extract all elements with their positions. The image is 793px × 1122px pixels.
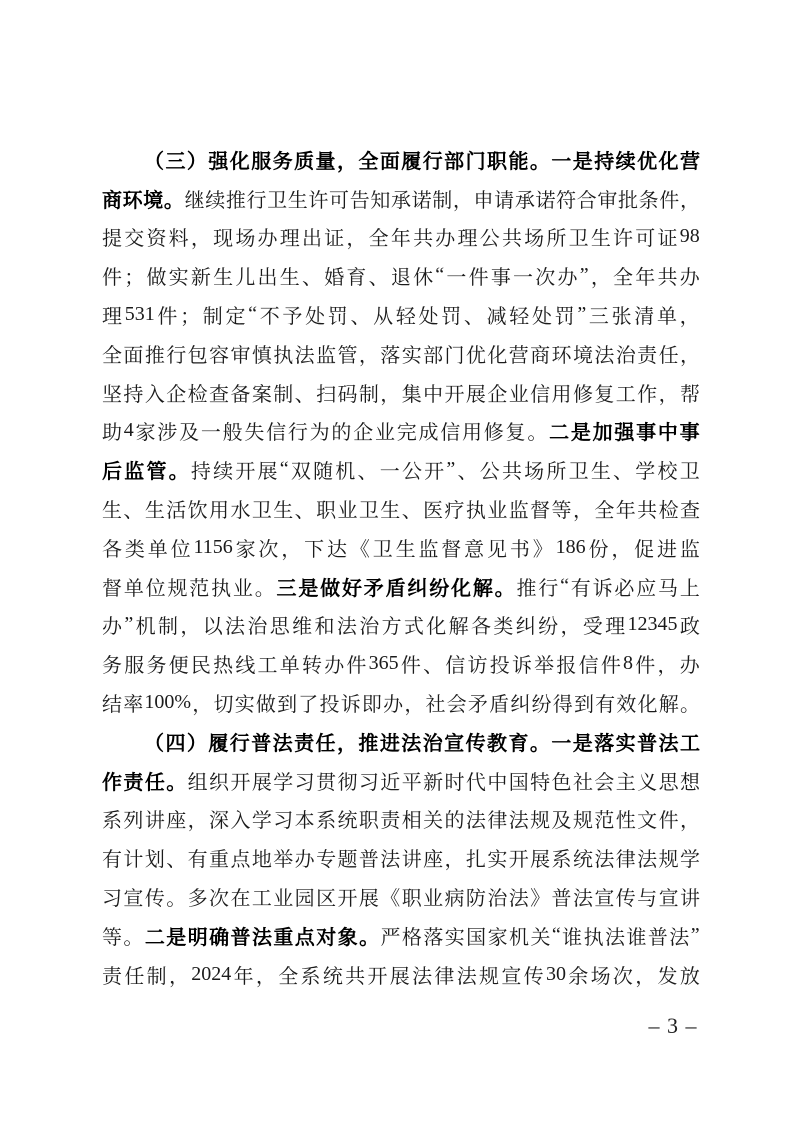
bold-text-token: 解: [473, 572, 493, 601]
text-token: 30: [546, 963, 566, 986]
text-token: 责: [380, 804, 400, 833]
bold-text-token: 对: [316, 921, 336, 950]
bold-text-token: 职: [487, 145, 507, 174]
text-token: 彻: [337, 766, 357, 795]
bold-text-token: 教: [487, 727, 507, 756]
text-token: 即: [362, 688, 382, 717]
bold-text-token: 。: [530, 727, 550, 756]
text-token: 门: [445, 339, 465, 368]
text-token: 业: [273, 882, 293, 911]
text-token: 件: [659, 184, 679, 213]
text-token: 理: [102, 300, 122, 329]
text-token: 卫: [373, 533, 393, 562]
text-token: 。: [527, 416, 547, 445]
bold-text-token: 环: [123, 184, 143, 213]
bold-text-token: 全: [358, 145, 378, 174]
text-token: 法: [466, 804, 486, 833]
text-token: 持: [191, 455, 211, 484]
text-token: 矛: [468, 688, 488, 717]
text-token: 规: [659, 843, 679, 872]
text-token: 开: [367, 960, 387, 989]
text-token: 、: [369, 261, 389, 290]
text-token: 报: [556, 649, 576, 678]
text-token: 实: [235, 688, 255, 717]
text-token: 谁: [562, 921, 582, 950]
text-token: 、: [358, 455, 378, 484]
text-token: 题: [337, 843, 357, 872]
text-token: 宣: [659, 882, 679, 911]
bold-text-token: 法: [659, 727, 679, 756]
text-token: 续: [205, 184, 225, 213]
text-line: 有计划、有重点地举办专题普法讲座，扎实开展系统法律法规学: [102, 838, 700, 877]
text-token: 文: [637, 804, 657, 833]
text-token: 业: [337, 494, 357, 523]
text-token: 一: [380, 455, 400, 484]
text-token: 4: [124, 419, 134, 442]
text-token: 查: [209, 378, 229, 407]
text-token: 部: [423, 339, 443, 368]
text-token: ，: [680, 300, 700, 329]
text-token: 不: [260, 300, 280, 329]
text-token: 生: [102, 494, 122, 523]
text-token: 列: [123, 804, 143, 833]
text-token: 展: [359, 882, 379, 911]
bold-text-token: 。: [166, 766, 186, 795]
text-token: 普: [359, 843, 379, 872]
bold-text-token: 纷: [429, 572, 449, 601]
text-line: 件；做实新生儿出生、婚育、退休“一件事一次办”，全年共办: [102, 256, 700, 295]
text-token: 休: [413, 261, 433, 290]
text-token: 统: [323, 960, 343, 989]
text-token: 化: [426, 610, 446, 639]
text-token: “: [280, 458, 289, 481]
text-token: 各: [471, 610, 491, 639]
text-token: 见: [487, 533, 507, 562]
text-token: 职: [402, 882, 422, 911]
text-token: 会: [594, 766, 614, 795]
text-token: 持: [123, 378, 143, 407]
text-token: 处: [305, 300, 325, 329]
bold-text-token: 点: [295, 921, 315, 950]
text-token: 任: [124, 960, 144, 989]
text-token: 执: [584, 921, 604, 950]
text-token: 平: [402, 766, 422, 795]
text-token: 件: [469, 261, 489, 290]
text-token: 单: [124, 572, 144, 601]
text-token: ”: [577, 303, 586, 326]
bold-text-token: 治: [423, 727, 443, 756]
text-line: 坚持入企检查备案制、扫码制，集中开展企业信用修复工作，帮: [102, 373, 700, 412]
text-token: ，: [281, 533, 301, 562]
text-token: ，: [191, 222, 211, 251]
bold-text-token: 管: [146, 455, 166, 484]
text-token: 年: [616, 494, 636, 523]
text-token: 扎: [466, 843, 486, 872]
text-token: 料: [169, 222, 189, 251]
text-token: 365: [369, 652, 399, 675]
text-token: 职: [359, 804, 379, 833]
text-token: 复: [506, 416, 526, 445]
text-token: 共: [502, 222, 522, 251]
text-token: 企: [487, 378, 507, 407]
text-token: 国: [466, 921, 486, 950]
text-token: 讲: [145, 804, 165, 833]
bold-text-token: 是: [298, 572, 318, 601]
text-token: 了: [298, 688, 318, 717]
text-token: 色: [552, 766, 572, 795]
text-token: 政: [680, 610, 700, 639]
text-token: 座: [166, 804, 186, 833]
bold-text-token: 明: [188, 921, 208, 950]
text-token: 责: [102, 960, 122, 989]
text-token: 生: [288, 184, 308, 213]
text-token: 特: [530, 766, 550, 795]
text-token: “: [552, 924, 561, 947]
text-token: 在: [230, 882, 250, 911]
text-token: 实: [402, 339, 422, 368]
text-token: 育: [346, 261, 366, 290]
text-token: 双: [291, 455, 311, 484]
text-token: 学: [252, 804, 272, 833]
text-token: 有: [595, 688, 615, 717]
bold-text-token: 育: [508, 727, 528, 756]
text-token: 申: [474, 184, 494, 213]
text-token: 、: [402, 494, 422, 523]
text-token: 入: [145, 378, 165, 407]
text-line: 结率100%，切实做到了投诉即办，社会矛盾纠纷得到有效化解。: [102, 683, 700, 722]
text-token: 法: [573, 882, 593, 911]
bold-text-token: 化: [659, 145, 679, 174]
text-token: ”: [691, 924, 700, 947]
text-token: 法: [380, 843, 400, 872]
text-token: 法: [669, 921, 689, 950]
text-token: 诉: [593, 572, 613, 601]
text-token: 理: [280, 222, 300, 251]
bold-text-token: 优: [637, 145, 657, 174]
text-line: 商环境。继续推行卫生许可告知承诺制，申请承诺符合审批条件，: [102, 179, 700, 218]
text-token: 助: [102, 416, 122, 445]
text-token: 用: [552, 378, 572, 407]
text-token: 专: [316, 843, 336, 872]
text-token: 承: [515, 184, 535, 213]
text-line: 各类单位1156家次，下达《卫生监督意见书》186份，促进监: [102, 528, 700, 567]
bold-text-token: 盾: [386, 572, 406, 601]
text-token: 业: [375, 416, 395, 445]
text-token: 可: [635, 222, 655, 251]
text-token: 98: [680, 225, 700, 248]
text-token: 座: [423, 843, 443, 872]
bold-text-token: 任: [145, 766, 165, 795]
text-line: 助4家涉及一般失信行为的企业完成信用修复。二是加强事中事: [102, 412, 700, 451]
text-token: 年: [234, 960, 254, 989]
text-token: 法: [295, 339, 315, 368]
text-token: 统: [573, 843, 593, 872]
text-token: 生: [380, 494, 400, 523]
text-token: 维: [292, 610, 312, 639]
text-token: 制: [203, 300, 223, 329]
text-token: 信: [445, 649, 465, 678]
text-token: 修: [573, 378, 593, 407]
text-token: 受: [583, 610, 603, 639]
text-token: 次: [209, 882, 229, 911]
text-token: 治: [359, 610, 379, 639]
text-token: 罚: [441, 300, 461, 329]
text-token: 符: [556, 184, 576, 213]
text-token: 各: [102, 533, 122, 562]
bold-text-token: ，: [337, 727, 357, 756]
text-token: 卫: [569, 455, 589, 484]
text-token: 《: [380, 882, 400, 911]
text-token: 管: [337, 339, 357, 368]
text-token: 全: [278, 960, 298, 989]
text-token: 法: [509, 882, 529, 911]
text-token: 活: [166, 494, 186, 523]
text-line: 责任制，2024年，全系统共开展法律法规宣传30余场次，发放: [102, 955, 700, 994]
text-token: 代: [466, 766, 486, 795]
text-token: 纠: [510, 688, 530, 717]
text-token: 化: [487, 339, 507, 368]
text-token: 义: [637, 766, 657, 795]
text-token: 时: [445, 766, 465, 795]
bold-text-token: 务: [273, 145, 293, 174]
text-token: 治: [247, 610, 267, 639]
text-token: 2024: [191, 963, 231, 986]
text-token: 法: [605, 921, 625, 950]
text-token: 监: [316, 339, 336, 368]
text-token: 执: [273, 339, 293, 368]
bold-text-token: 强: [614, 416, 634, 445]
bold-text-token: 是: [573, 145, 593, 174]
text-token: ，: [680, 804, 700, 833]
text-token: 行: [166, 339, 186, 368]
text-token: 社: [426, 688, 446, 717]
text-token: ，: [611, 533, 631, 562]
text-token: 业: [423, 882, 443, 911]
text-token: 规: [530, 804, 550, 833]
text-token: 业: [487, 494, 507, 523]
text-token: 医: [423, 494, 443, 523]
text-token: 理: [605, 610, 625, 639]
text-token: ”: [124, 613, 133, 636]
text-token: 事: [491, 261, 511, 290]
text-token: ，: [180, 610, 200, 639]
text-token: 扫: [316, 378, 336, 407]
text-token: 水: [230, 494, 250, 523]
text-token: ，: [560, 610, 580, 639]
text-token: 境: [573, 339, 593, 368]
text-token: 饮: [188, 494, 208, 523]
text-token: ，: [359, 339, 379, 368]
text-token: 从: [373, 300, 393, 329]
text-token: ”: [446, 458, 455, 481]
text-token: 共: [637, 494, 657, 523]
text-token: 监: [509, 494, 529, 523]
bold-text-token: 三: [165, 145, 185, 174]
text-token: 新: [423, 766, 443, 795]
text-token: 公: [402, 455, 422, 484]
text-token: ”: [580, 264, 589, 287]
text-token: 检: [659, 494, 679, 523]
bold-text-token: 是: [571, 416, 591, 445]
text-token: 、: [295, 494, 315, 523]
text-token: 促: [634, 533, 654, 562]
text-token: 公: [480, 455, 500, 484]
text-token: 办: [324, 649, 344, 678]
text-token: 家: [136, 416, 156, 445]
text-token: 》: [533, 533, 553, 562]
text-token: 相: [402, 804, 422, 833]
text-token: 有: [571, 572, 591, 601]
text-token: 盾: [489, 688, 509, 717]
text-token: 包: [188, 339, 208, 368]
text-token: 纠: [516, 610, 536, 639]
text-token: 传: [616, 882, 636, 911]
text-token: 批: [618, 184, 638, 213]
text-token: 继: [185, 184, 205, 213]
text-token: 件: [157, 300, 177, 329]
text-token: 般: [223, 416, 243, 445]
text-token: 。: [680, 688, 700, 717]
text-token: 做: [256, 688, 276, 717]
bold-text-token: （: [144, 727, 164, 756]
text-token: 场: [524, 222, 544, 251]
text-token: 办: [383, 688, 403, 717]
text-token: 园: [295, 882, 315, 911]
text-token: 作: [637, 378, 657, 407]
text-token: ，: [453, 184, 473, 213]
text-token: 律: [487, 804, 507, 833]
text-token: 学: [680, 843, 700, 872]
text-token: 全: [594, 494, 614, 523]
text-token: 和: [314, 610, 334, 639]
text-token: ，: [346, 222, 366, 251]
text-token: 督: [530, 494, 550, 523]
text-token: 宣: [501, 960, 521, 989]
text-token: ，: [445, 843, 465, 872]
bold-text-token: 作: [102, 766, 122, 795]
text-token: 法: [637, 843, 657, 872]
text-token: 请: [494, 184, 514, 213]
text-token: 件: [635, 649, 655, 678]
text-token: 推: [516, 572, 536, 601]
text-token: 用: [209, 494, 229, 523]
document-body: （三）强化服务质量，全面履行部门职能。一是持续优化营商环境。继续推行卫生许可告知…: [102, 140, 700, 994]
text-token: ，: [591, 261, 611, 290]
text-token: 机: [136, 610, 156, 639]
text-token: 信: [530, 378, 550, 407]
text-token: 共: [502, 455, 522, 484]
bold-text-token: 化: [230, 145, 250, 174]
text-token: 执: [466, 494, 486, 523]
text-token: 任: [659, 339, 679, 368]
bold-text-token: 工: [680, 727, 700, 756]
text-line: 等。二是明确普法重点对象。严格落实国家机关“谁执法谁普法”: [102, 916, 700, 955]
text-token: 举: [534, 649, 554, 678]
bold-text-token: 。: [169, 455, 189, 484]
text-token: 三: [589, 300, 609, 329]
text-token: 商: [530, 339, 550, 368]
text-token: 落: [423, 921, 443, 950]
text-token: 退: [391, 261, 411, 290]
text-token: 诺: [412, 184, 432, 213]
text-token: 开: [424, 455, 444, 484]
text-token: 区: [316, 882, 336, 911]
text-token: 投: [490, 649, 510, 678]
text-token: 531: [125, 303, 155, 326]
text-token: 格: [402, 921, 422, 950]
bold-text-token: 行: [423, 145, 443, 174]
text-token: 卫: [569, 222, 589, 251]
text-token: 计: [123, 843, 143, 872]
text-token: 机: [509, 921, 529, 950]
text-token: 以: [203, 610, 223, 639]
text-token: 系: [102, 804, 122, 833]
text-token: 码: [337, 378, 357, 407]
bold-text-token: 续: [616, 145, 636, 174]
text-token: 信: [440, 416, 460, 445]
text-token: 法: [457, 960, 477, 989]
text-token: 制: [158, 610, 178, 639]
text-token: 推: [145, 339, 165, 368]
text-token: 所: [546, 455, 566, 484]
text-token: 马: [658, 572, 678, 601]
text-token: 上: [680, 572, 700, 601]
text-token: 办: [258, 222, 278, 251]
text-token: 处: [532, 300, 552, 329]
bold-text-token: 事: [636, 416, 656, 445]
bold-text-token: 纠: [407, 572, 427, 601]
text-token: 位: [171, 533, 191, 562]
bold-text-token: 法: [252, 921, 272, 950]
bold-text-token: ）: [187, 145, 207, 174]
text-token: “: [560, 575, 569, 598]
text-token: 件: [102, 261, 122, 290]
text-token: 制: [359, 378, 379, 407]
text-token: 展: [466, 378, 486, 407]
text-token: 校: [657, 455, 677, 484]
text-token: 场: [591, 960, 611, 989]
text-token: 律: [434, 960, 454, 989]
text-token: 点: [230, 843, 250, 872]
text-line: （四）履行普法责任，推进法治宣传教育。一是落实普法工: [102, 722, 700, 761]
text-token: 证: [324, 222, 344, 251]
text-token: 类: [125, 533, 145, 562]
text-token: 监: [418, 533, 438, 562]
text-token: 减: [487, 300, 507, 329]
text-token: 集: [402, 378, 422, 407]
text-token: 续: [213, 455, 233, 484]
text-token: 应: [636, 572, 656, 601]
text-token: 定: [225, 300, 245, 329]
text-token: 全: [613, 261, 633, 290]
text-token: 《: [350, 533, 370, 562]
text-token: 务: [102, 649, 122, 678]
text-token: 一: [201, 416, 221, 445]
text-token: ，: [188, 804, 208, 833]
text-token: 、: [423, 649, 443, 678]
text-token: ，: [657, 649, 677, 678]
text-token: 法: [337, 610, 357, 639]
text-token: 全: [369, 222, 389, 251]
text-token: 习: [359, 766, 379, 795]
text-token: 生: [280, 261, 300, 290]
text-token: 、: [302, 261, 322, 290]
text-token: 化: [638, 688, 658, 717]
text-token: 贯: [316, 766, 336, 795]
text-token: 罚: [555, 300, 575, 329]
text-token: 办: [295, 843, 315, 872]
text-token: 民: [191, 649, 211, 678]
